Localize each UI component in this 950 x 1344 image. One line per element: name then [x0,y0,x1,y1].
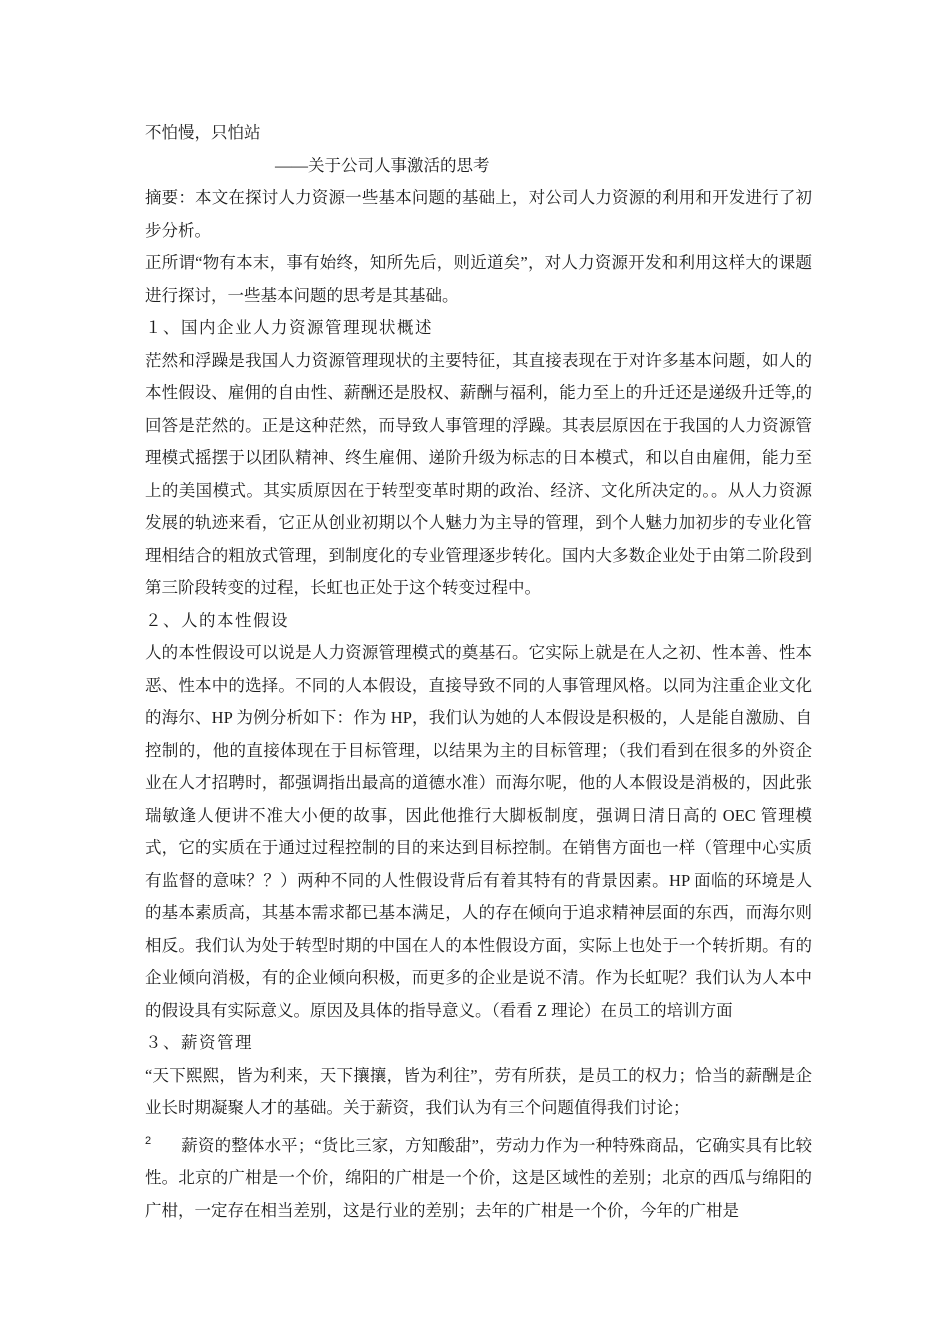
section-2-paragraph: 人的本性假设可以说是人力资源管理模式的奠基石。它实际上就是在人之初、性本善、性本… [145,637,812,1027]
section-3-paragraph: “天下熙熙，皆为利来，天下攘攘，皆为利往”，劳有所获，是员工的权力；恰当的薪酬是… [145,1060,812,1125]
document-title: 不怕慢，只怕站 [145,117,812,150]
document-subtitle: ——关于公司人事激活的思考 [145,150,812,183]
document-page: 不怕慢，只怕站 ——关于公司人事激活的思考 摘要：本文在探讨人力资源一些基本问题… [0,0,950,1344]
intro-paragraph: 正所谓“物有本末，事有始终，知所先后，则近道矣”，对人力资源开发和利用这样大的课… [145,247,812,312]
section-3-heading: ３、薪资管理 [145,1027,812,1060]
bullet-marker: 2 [145,1135,181,1147]
section-1-heading: １、国内企业人力资源管理现状概述 [145,312,812,345]
bullet-item: 2薪资的整体水平；“货比三家，方知酸甜”，劳动力作为一种特殊商品，它确实具有比较… [145,1125,812,1228]
section-2-heading: ２、人的本性假设 [145,605,812,638]
abstract-paragraph: 摘要：本文在探讨人力资源一些基本问题的基础上，对公司人力资源的利用和开发进行了初… [145,182,812,247]
section-1-paragraph: 茫然和浮躁是我国人力资源管理现状的主要特征，其直接表现在于对许多基本问题，如人的… [145,345,812,605]
bullet-text: 薪资的整体水平；“货比三家，方知酸甜”，劳动力作为一种特殊商品，它确实具有比较性… [145,1136,812,1220]
